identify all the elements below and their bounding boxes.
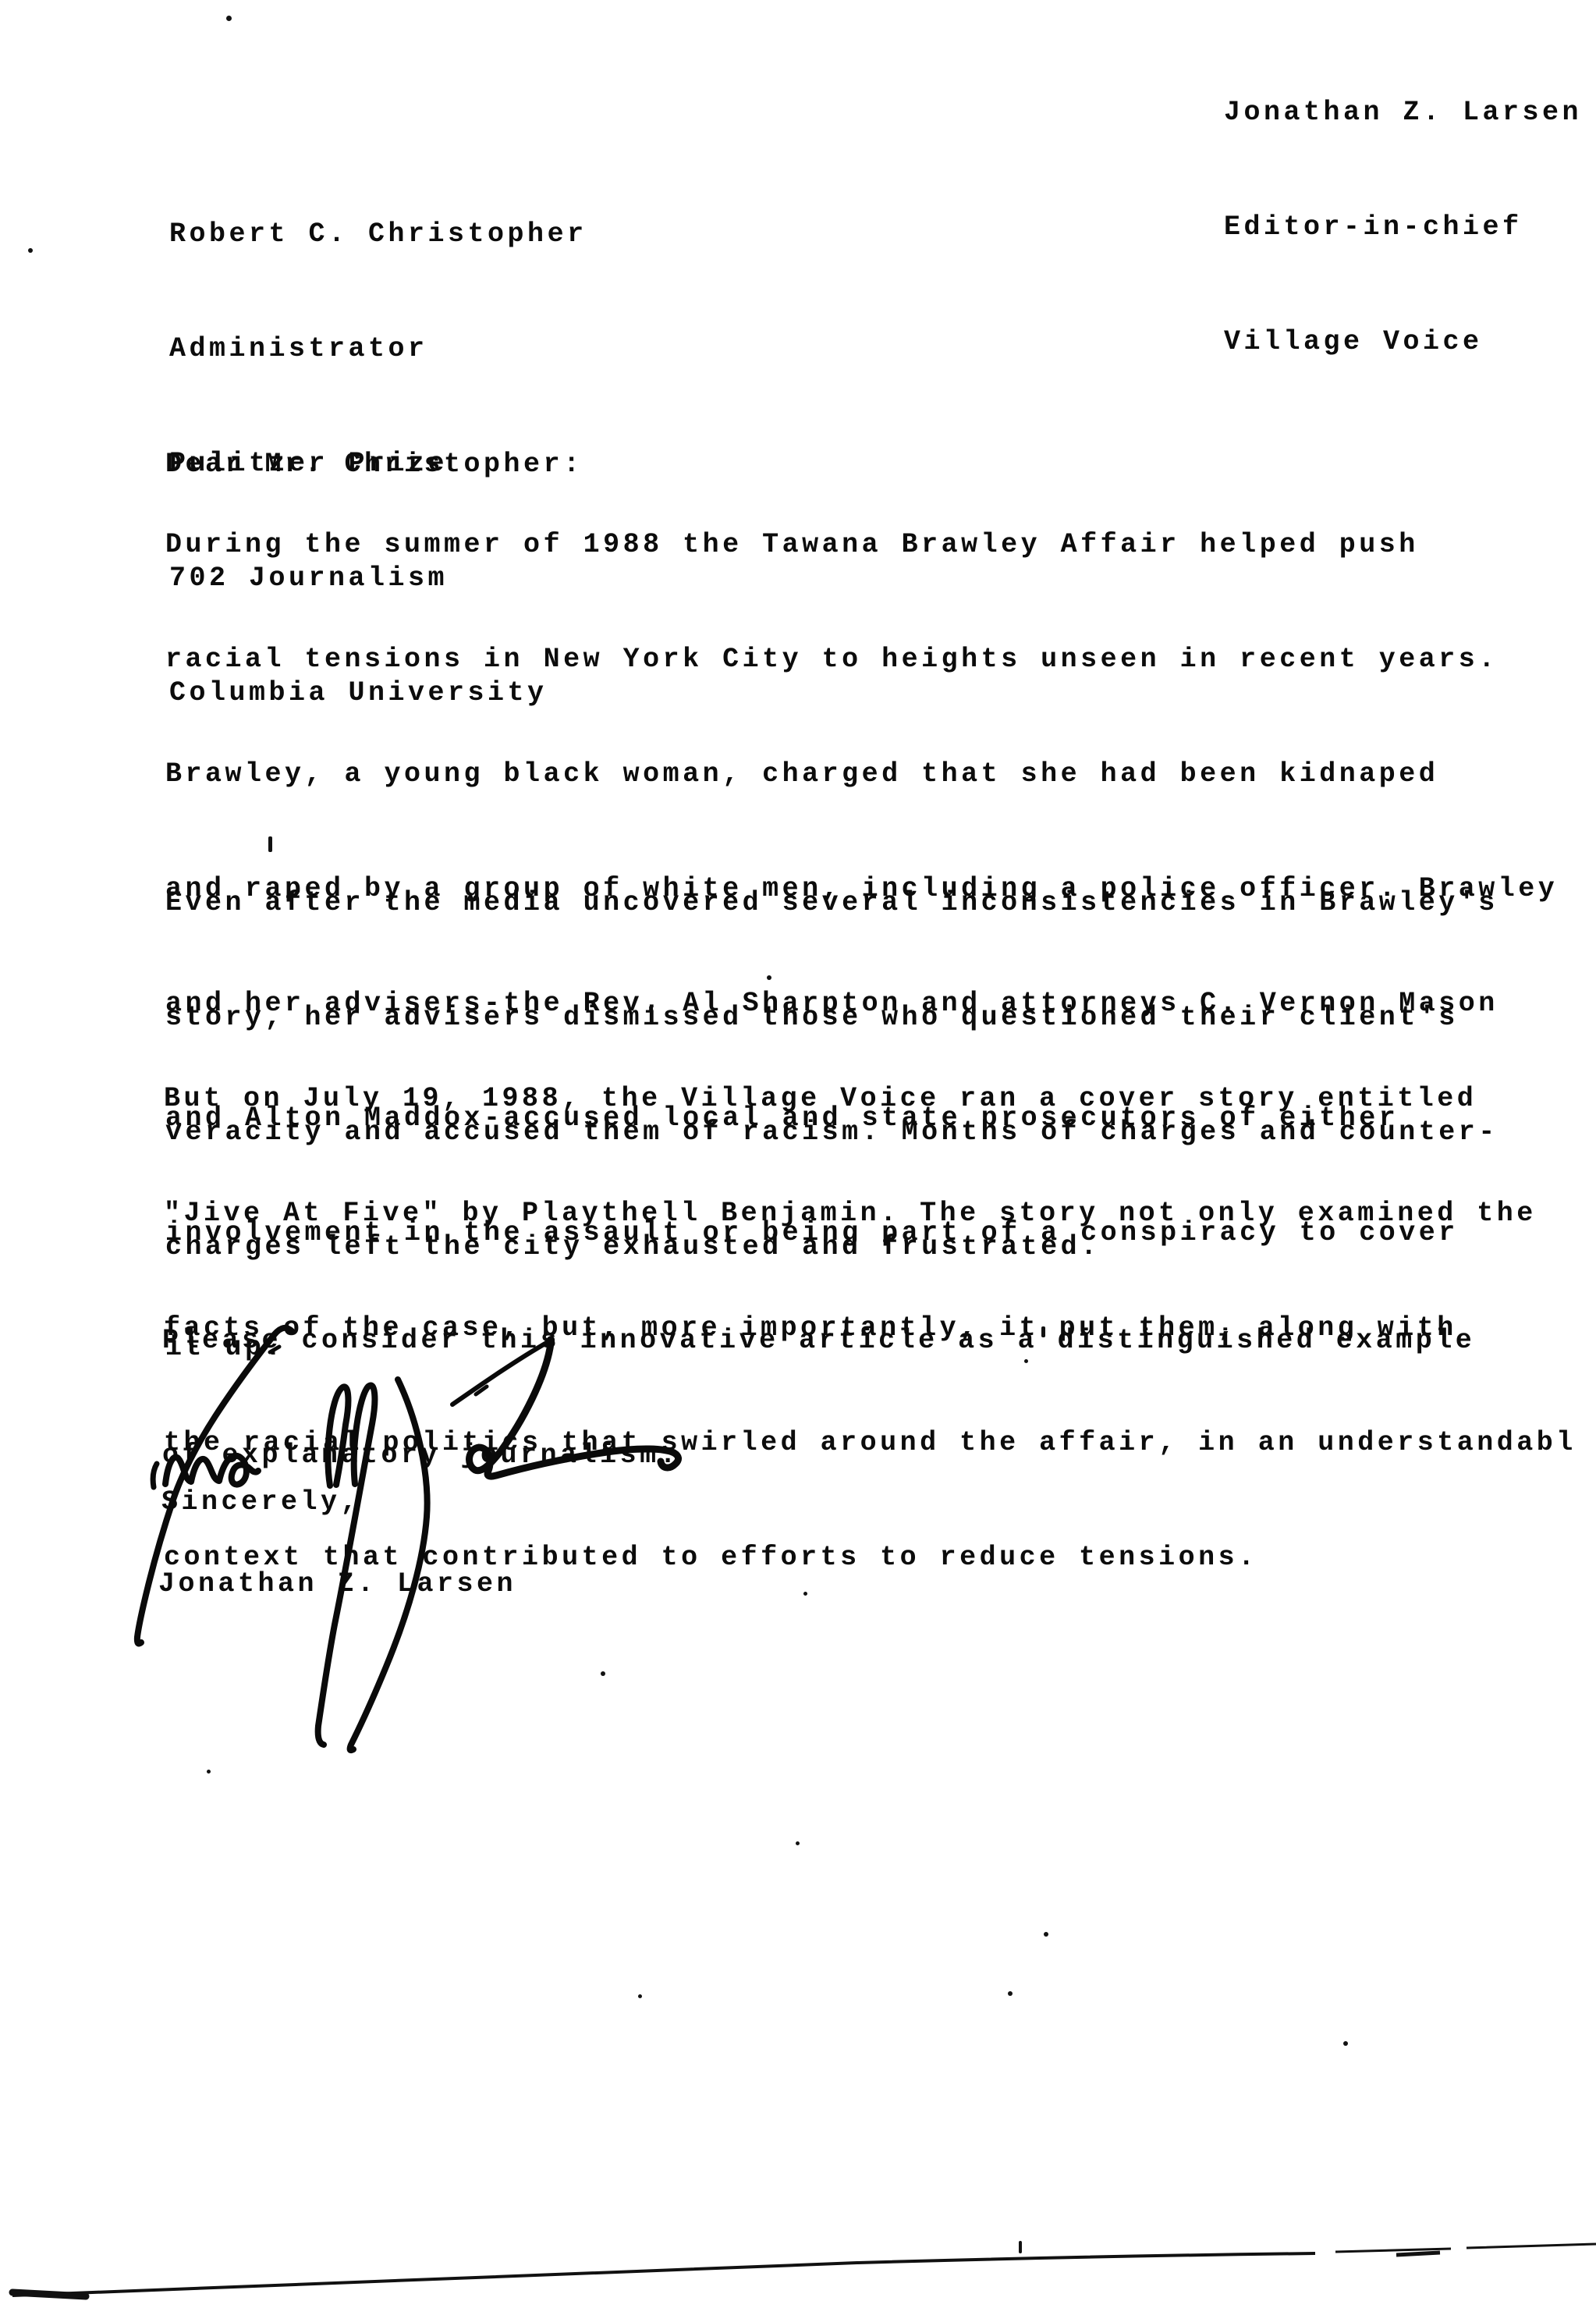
body-line: racial tensions in New York City to heig… [165,641,1558,679]
scan-speck [796,1841,800,1845]
sender-organization: Village Voice [1224,323,1582,361]
body-line: But on July 19, 1988, the Village Voice … [164,1080,1576,1118]
body-line: During the summer of 1988 the Tawana Bra… [165,526,1558,564]
body-line: Please consider this innovative article … [162,1322,1475,1360]
scan-speck [638,1994,642,1998]
scan-speck [1343,2041,1348,2046]
signer-name: Jonathan Z. Larsen [158,1489,516,1680]
sender-title: Editor-in-chief [1224,208,1582,247]
body-line: Even after the media uncovered several i… [165,884,1498,922]
scan-tick [268,836,272,852]
body-line: Brawley, a young black woman, charged th… [165,755,1558,794]
recipient-title: Administrator [169,330,587,368]
sender-block: Jonathan Z. Larsen Editor-in-chief Villa… [1224,17,1582,438]
scan-speck [28,248,33,253]
scan-speck [1008,1991,1013,1996]
scan-speck [803,1592,807,1596]
scan-speck [207,1770,211,1774]
scan-speck [601,1671,605,1676]
page: Jonathan Z. Larsen Editor-in-chief Villa… [0,0,1596,2308]
scan-speck [767,975,771,980]
recipient-name: Robert C. Christopher [169,215,587,254]
bottom-scan-line [12,2244,1596,2296]
scan-tick [1019,2241,1022,2253]
scan-speck [1044,1932,1048,1937]
sender-name: Jonathan Z. Larsen [1224,94,1582,132]
scan-speck [226,16,232,21]
scan-tick [1041,1326,1045,1337]
scan-speck [1024,1359,1028,1363]
body-line: "Jive At Five" by Playthell Benjamin. Th… [164,1195,1576,1233]
